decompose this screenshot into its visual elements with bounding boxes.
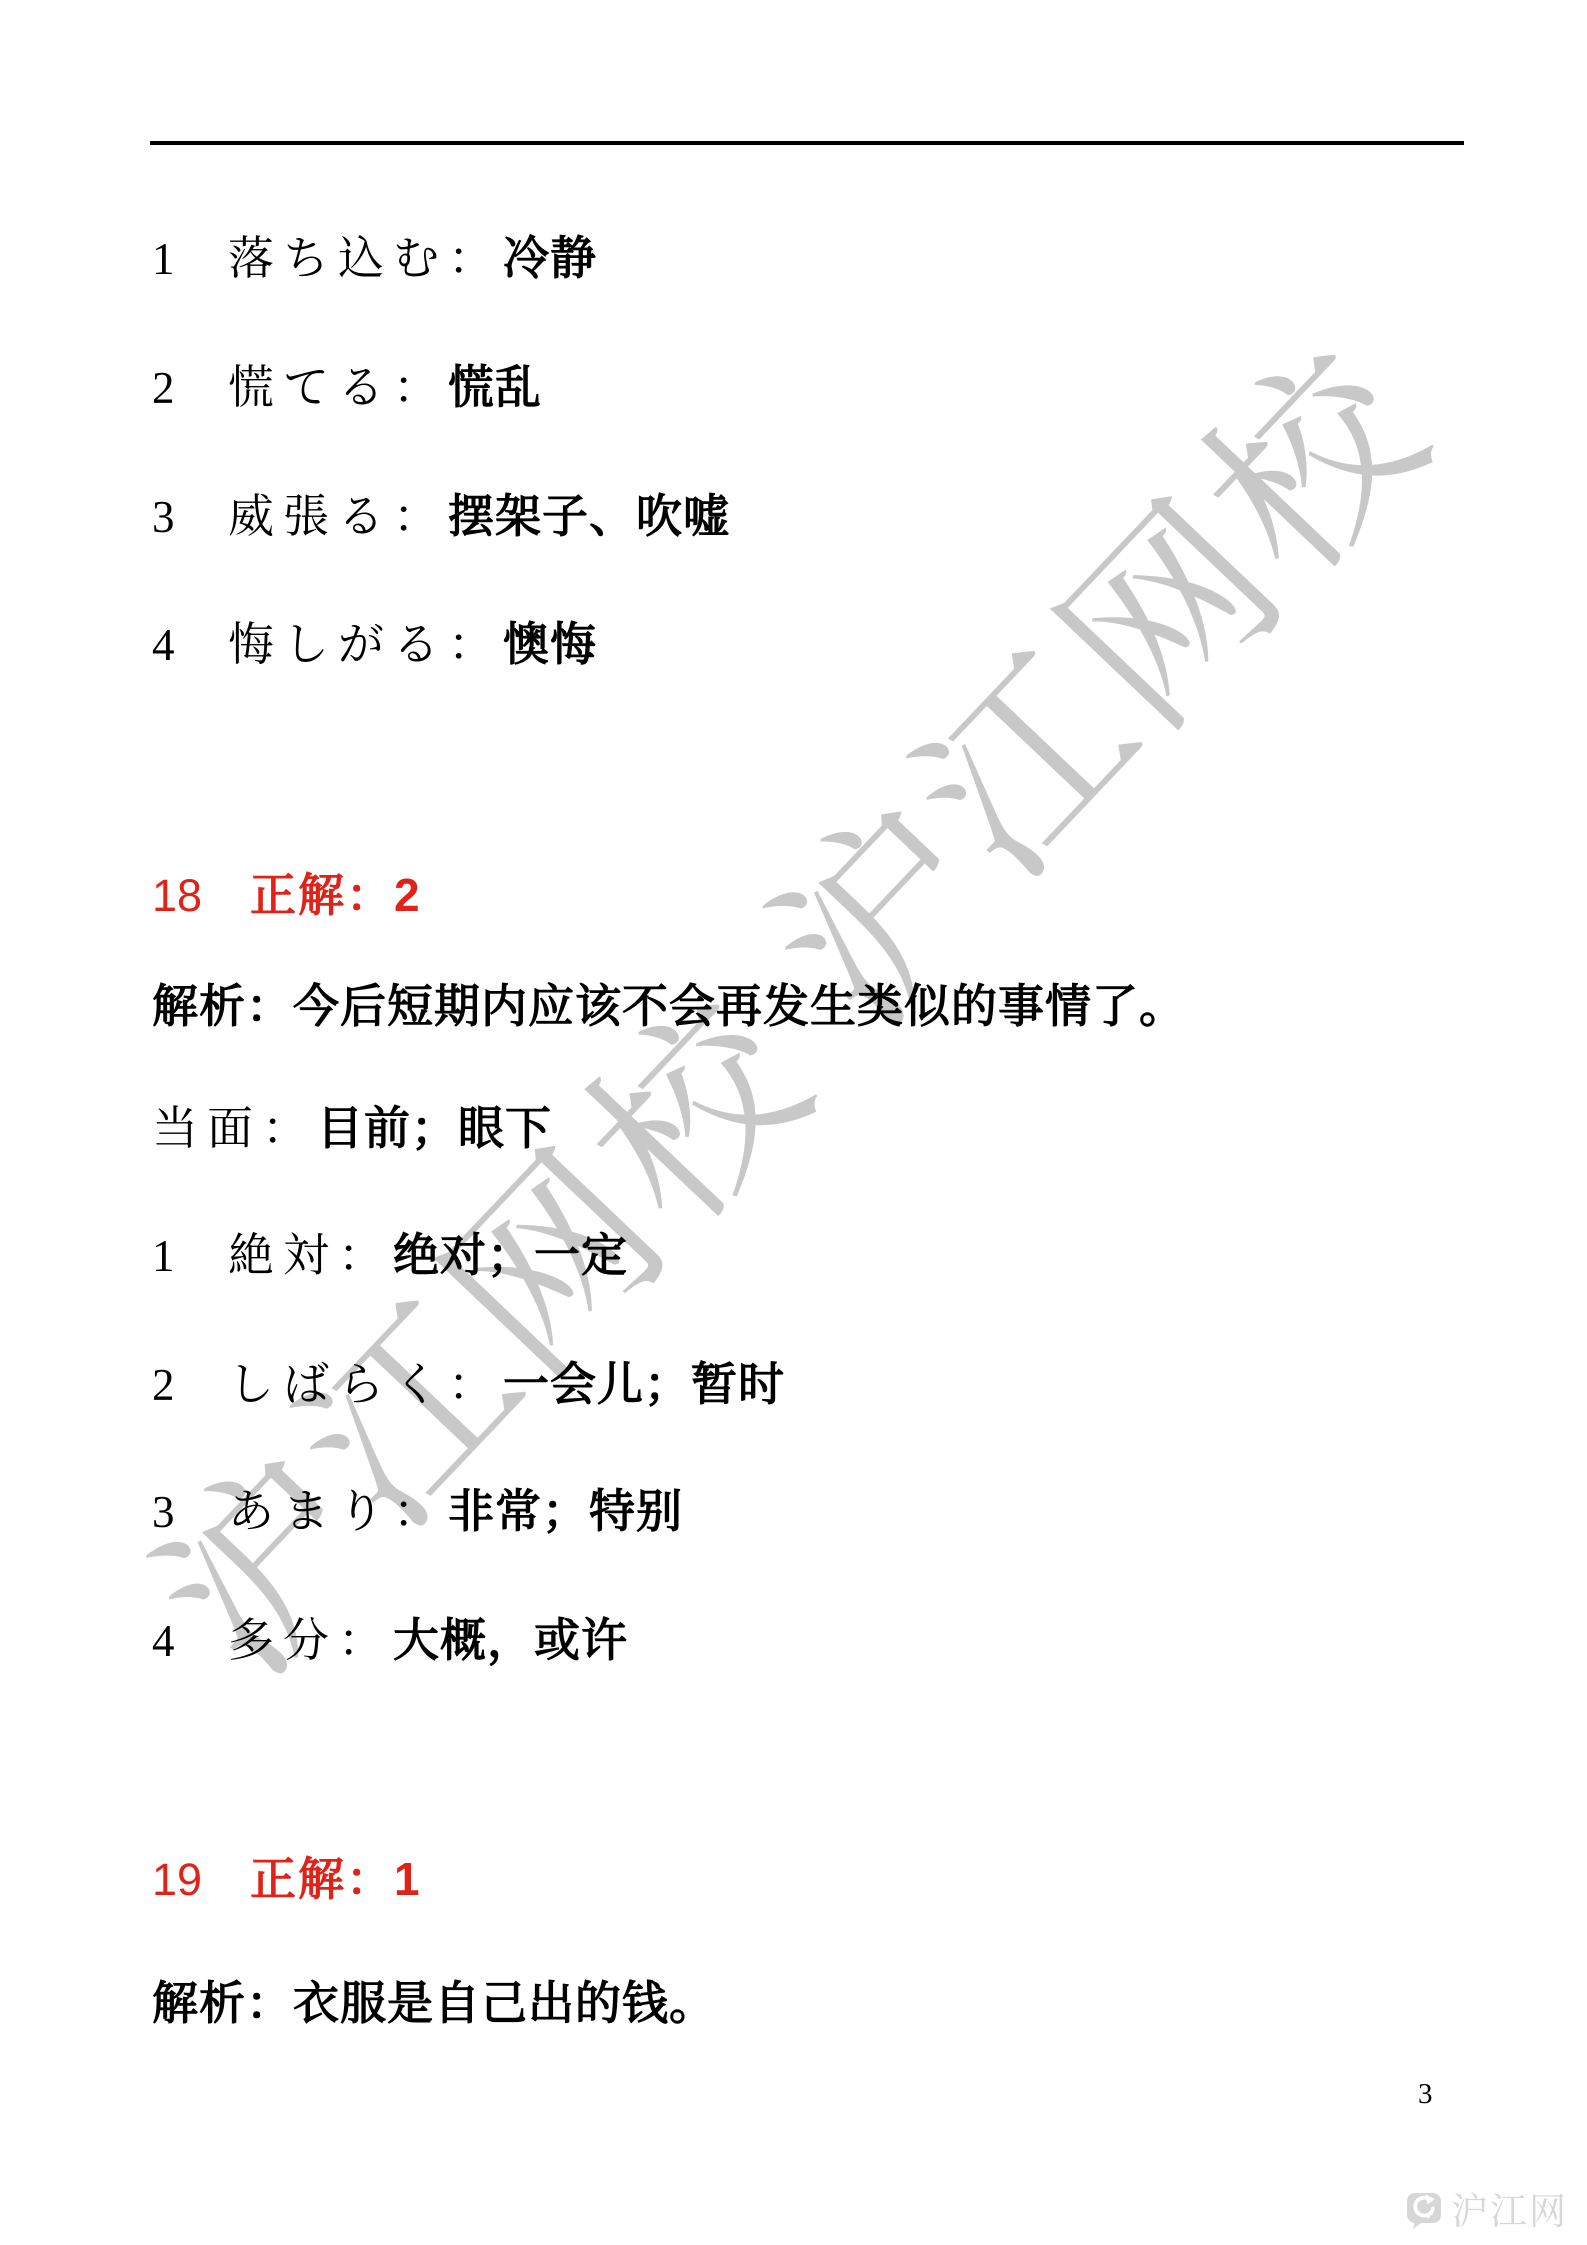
option-2: 2しばらく：一会儿；暂时: [152, 1358, 785, 1412]
question-number: 19: [152, 1854, 250, 1906]
option-meaning-cn: 绝对；一定: [393, 1229, 628, 1281]
option-number: 3: [152, 1487, 228, 1539]
option-term-jp: 絶対：: [228, 1230, 393, 1281]
logo-text: 沪江网: [1451, 2193, 1568, 2230]
item-term-jp: 悔しがる：: [228, 619, 503, 670]
option-term-jp: あまり：: [228, 1486, 448, 1537]
note-meaning-cn: 目前；眼下: [317, 1102, 552, 1154]
item-meaning-cn: 冷静: [503, 232, 597, 284]
option-meaning-cn: 大概，或许: [393, 1614, 628, 1666]
item-term-jp: 慌てる：: [228, 362, 448, 413]
note-term-jp: 当面：: [152, 1103, 317, 1154]
item-number: 3: [152, 492, 228, 544]
option-number: 2: [152, 1360, 228, 1412]
vocab-item-3: 3威張る：摆架子、吹嘘: [152, 490, 730, 544]
vocab-item-2: 2慌てる：慌乱: [152, 361, 542, 415]
item-meaning-cn: 摆架子、吹嘘: [448, 490, 730, 542]
option-3: 3あまり：非常；特别: [152, 1485, 683, 1539]
item-meaning-cn: 慌乱: [448, 361, 542, 413]
explanation-text: 解析：衣服是自己出的钱。: [152, 1977, 716, 2029]
hujiang-logo: 沪江网: [1406, 2192, 1568, 2230]
option-number: 1: [152, 1231, 228, 1283]
correct-answer-label: 正解：1: [250, 1853, 422, 1905]
question-number: 18: [152, 870, 250, 922]
question-18-heading: 18正解：2: [152, 869, 422, 923]
header-rule: [150, 141, 1464, 145]
document-page: 沪江网校 沪江网校 1落ち込む：冷静 2慌てる：慌乱 3威張る：摆架子、吹嘘 4…: [0, 0, 1587, 2245]
question-18-explanation: 解析：今后短期内应该不会再发生类似的事情了。: [152, 980, 1186, 1034]
option-number: 4: [152, 1616, 228, 1668]
question-19-heading: 19正解：1: [152, 1853, 422, 1907]
explanation-text: 解析：今后短期内应该不会再发生类似的事情了。: [152, 980, 1186, 1032]
option-meaning-cn: 非常；特别: [448, 1485, 683, 1537]
page-number: 3: [1418, 2078, 1433, 2111]
item-meaning-cn: 懊悔: [503, 618, 597, 670]
question-18-note: 当面：目前；眼下: [152, 1102, 552, 1156]
option-term-jp: しばらく：: [228, 1359, 503, 1410]
question-19-explanation: 解析：衣服是自己出的钱。: [152, 1977, 716, 2031]
option-meaning-cn: 一会儿；暂时: [503, 1358, 785, 1410]
item-number: 2: [152, 363, 228, 415]
item-term-jp: 威張る：: [228, 491, 448, 542]
item-number: 1: [152, 234, 228, 286]
option-term-jp: 多分：: [228, 1615, 393, 1666]
circular-arrow-speech-bubble-icon: [1406, 2192, 1442, 2230]
item-term-jp: 落ち込む：: [228, 233, 503, 284]
correct-answer-label: 正解：2: [250, 869, 422, 921]
option-4: 4多分：大概，或许: [152, 1614, 628, 1668]
vocab-item-4: 4悔しがる：懊悔: [152, 618, 597, 672]
vocab-item-1: 1落ち込む：冷静: [152, 232, 597, 286]
option-1: 1絶対：绝对；一定: [152, 1229, 628, 1283]
item-number: 4: [152, 620, 228, 672]
